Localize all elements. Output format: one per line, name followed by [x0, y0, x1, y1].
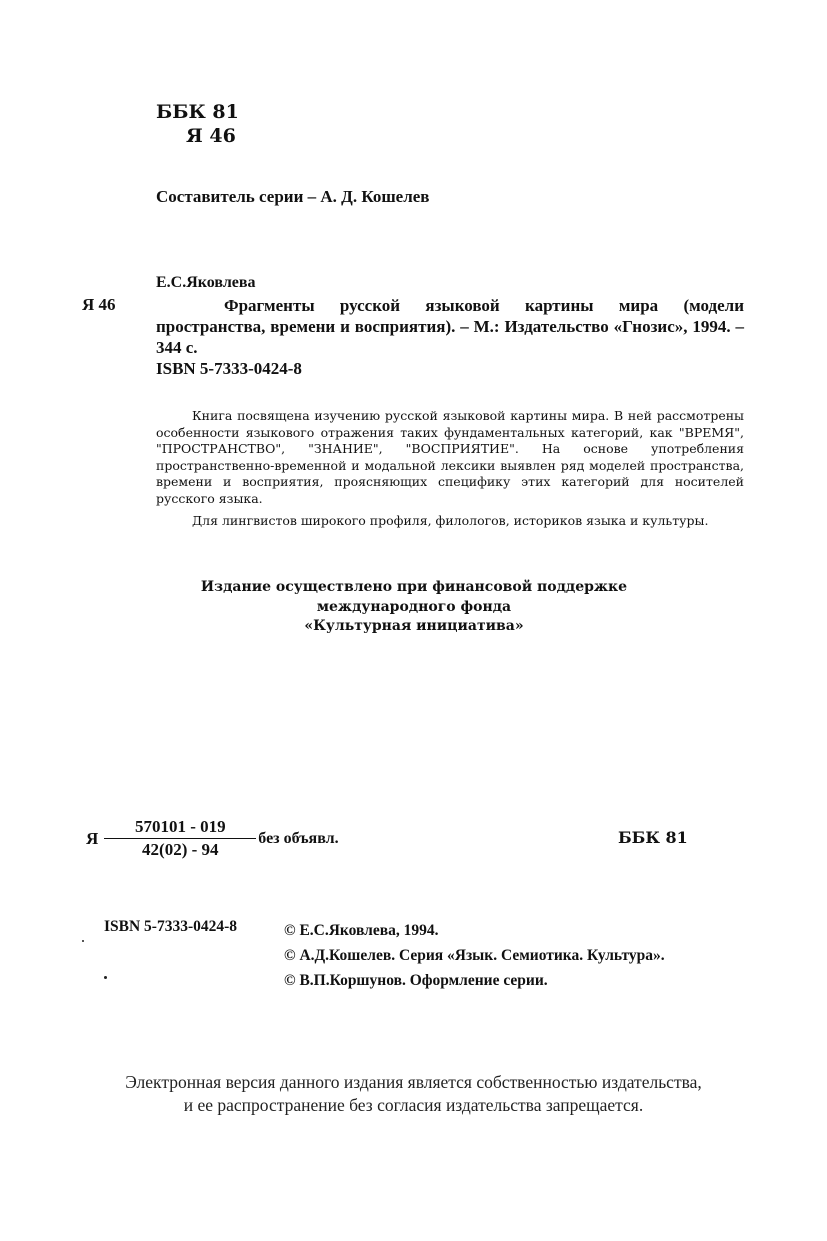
funding-line-2: международного фонда: [89, 598, 739, 618]
notice-line-2: и ее распространение без согласия издате…: [0, 1094, 827, 1117]
abstract: Книга посвящена изучению русской языково…: [156, 408, 744, 530]
imprint-letter: Я: [86, 829, 98, 849]
copyright-isbn: ISBN 5-7333-0424-8: [104, 918, 237, 936]
funding-note: Издание осуществлено при финансовой подд…: [89, 578, 739, 637]
imprint-bbk: ББК 81: [618, 828, 688, 847]
record-isbn: ISBN 5-7333-0424-8: [156, 358, 744, 379]
imprint-fraction: 570101 - 019 42(02) - 94: [104, 817, 256, 860]
bullet-mark: [104, 976, 107, 979]
bbk-code: ББК 81: [156, 100, 239, 124]
record-author: Е.С.Яковлева: [156, 274, 256, 292]
funding-line-1: Издание осуществлено при финансовой подд…: [89, 578, 739, 598]
scan-speck: [82, 940, 84, 942]
imprint-numerator: 570101 - 019: [135, 817, 226, 838]
imprint-note: без объявл.: [258, 830, 338, 848]
abstract-paragraph: Книга посвящена изучению русской языково…: [156, 408, 744, 507]
audience-paragraph: Для лингвистов широкого профиля, филолог…: [156, 513, 744, 530]
author-mark: Я 46: [156, 124, 239, 148]
copyright-line: © А.Д.Кошелев. Серия «Язык. Семиотика. К…: [284, 943, 665, 968]
bibliographic-record: Фрагменты русской языковой картины мира …: [156, 295, 744, 379]
copyright-list: © Е.С.Яковлева, 1994. © А.Д.Кошелев. Сер…: [284, 918, 665, 993]
record-shelf-mark: Я 46: [82, 295, 116, 315]
record-title: Фрагменты русской языковой картины мира …: [156, 295, 744, 358]
bbk-classification: ББК 81 Я 46: [156, 100, 239, 148]
notice-line-1: Электронная версия данного издания являе…: [0, 1071, 827, 1094]
series-editor: Составитель серии – А. Д. Кошелев: [156, 187, 430, 207]
imprint-code: Я 570101 - 019 42(02) - 94 без объявл.: [86, 817, 339, 860]
copyright-line: © Е.С.Яковлева, 1994.: [284, 918, 665, 943]
electronic-notice: Электронная версия данного издания являе…: [0, 1071, 827, 1117]
imprint-denominator: 42(02) - 94: [142, 839, 218, 860]
copyright-line: © В.П.Коршунов. Оформление серии.: [284, 968, 665, 993]
funding-line-3: «Культурная инициатива»: [89, 617, 739, 637]
